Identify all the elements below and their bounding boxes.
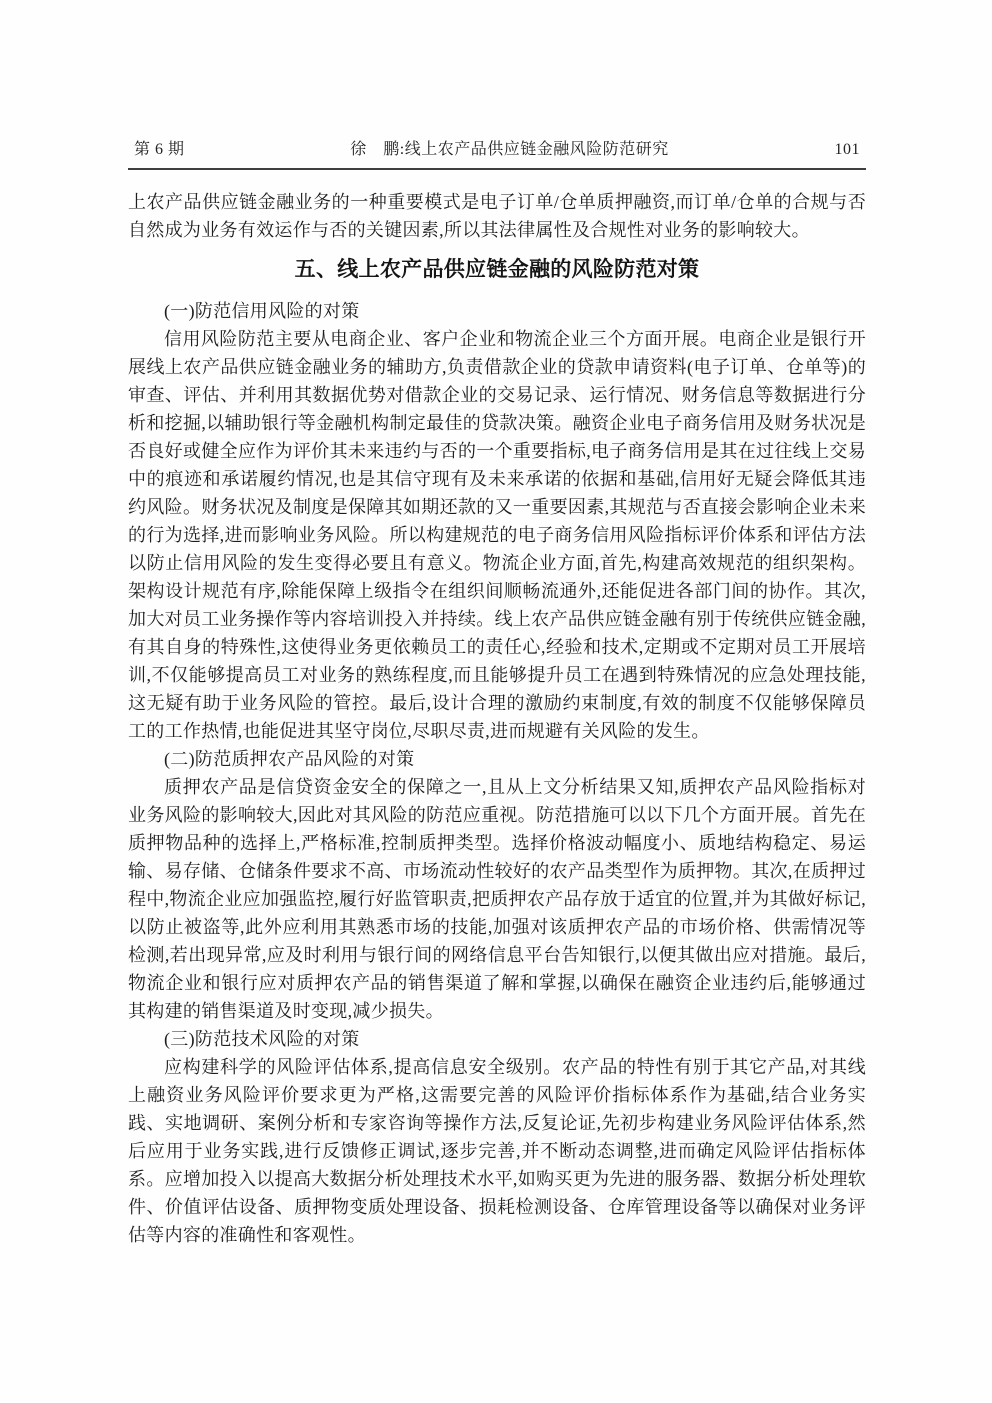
subsection-3-paragraph: 应构建科学的风险评估体系,提高信息安全级别。农产品的特性有别于其它产品,对其线上…: [128, 1053, 866, 1249]
running-header: 第 6 期 徐 鹏:线上农产品供应链金融风险防范研究 101: [128, 136, 866, 168]
subsection-2-paragraph: 质押农产品是信贷资金安全的保障之一,且从上文分析结果又知,质押农产品风险指标对业…: [128, 773, 866, 1025]
subsection-1-paragraph: 信用风险防范主要从电商企业、客户企业和物流企业三个方面开展。电商企业是银行开展线…: [128, 325, 866, 745]
page-number: 101: [835, 141, 861, 159]
subsection-2-heading: (二)防范质押农产品风险的对策: [128, 745, 866, 773]
continuation-paragraph: 上农产品供应链金融业务的一种重要模式是电子订单/仓单质押融资,而订单/仓单的合规…: [128, 188, 866, 244]
section-heading: 五、线上农产品供应链金融的风险防范对策: [128, 254, 866, 284]
subsection-3-heading: (三)防范技术风险的对策: [128, 1025, 866, 1053]
running-title: 徐 鹏:线上农产品供应链金融风险防范研究: [185, 136, 835, 159]
article-body: 上农产品供应链金融业务的一种重要模式是电子订单/仓单质押融资,而订单/仓单的合规…: [128, 170, 866, 1249]
subsection-1-heading: (一)防范信用风险的对策: [128, 297, 866, 325]
issue-label: 第 6 期: [134, 136, 185, 159]
paper-page: 第 6 期 徐 鹏:线上农产品供应链金融风险防范研究 101 上农产品供应链金融…: [0, 0, 992, 1403]
